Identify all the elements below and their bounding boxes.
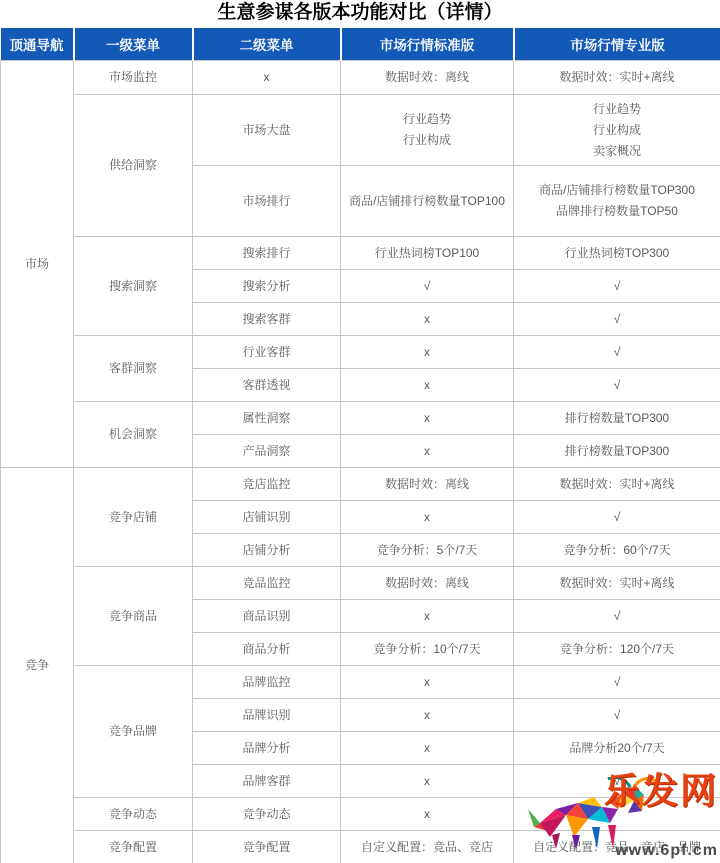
submenu-cell: 竞品监控	[193, 567, 341, 600]
table-row: 竞争 竞争店铺 竞店监控 数据时效：离线 数据时效：实时+离线	[1, 468, 720, 501]
standard-version-cell: 行业趋势 行业构成	[341, 95, 514, 166]
nav-group-cell: 竞争	[1, 468, 74, 863]
menu-group-cell: 客群洞察	[74, 336, 193, 402]
pro-version-cell: 数据时效：实时+离线	[514, 61, 720, 95]
menu-group-cell: 竞争品牌	[74, 666, 193, 798]
table-row: 客群洞察 行业客群 x √	[1, 336, 720, 369]
pro-version-cell: 排行榜数量TOP300	[514, 435, 720, 468]
standard-version-cell: 数据时效：离线	[341, 61, 514, 95]
pro-version-cell: 行业热词榜TOP300	[514, 237, 720, 270]
pro-version-cell: 数据时效：实时+离线	[514, 468, 720, 501]
pro-version-cell: 排行榜数量TOP300	[514, 402, 720, 435]
standard-version-cell: 行业热词榜TOP100	[341, 237, 514, 270]
submenu-cell: 搜索分析	[193, 270, 341, 303]
pro-version-cell: 竞争分析：120个/7天	[514, 633, 720, 666]
table-row: 竞争品牌 品牌监控 x √	[1, 666, 720, 699]
submenu-cell: 竞争配置	[193, 831, 341, 863]
submenu-cell: 竞店监控	[193, 468, 341, 501]
menu-group-cell: 市场监控	[74, 61, 193, 95]
standard-version-cell: x	[341, 501, 514, 534]
submenu-cell: 商品分析	[193, 633, 341, 666]
standard-version-cell: 竞争分析：5个/7天	[341, 534, 514, 567]
menu-group-cell: 搜索洞察	[74, 237, 193, 336]
menu-group-cell: 竞争配置	[74, 831, 193, 863]
menu-group-cell: 竞争店铺	[74, 468, 193, 567]
standard-version-cell: x	[341, 798, 514, 831]
table-row: 竞争配置 竞争配置 自定义配置：竞品、竞店 自定义配置：竞品、竞店、品牌	[1, 831, 720, 863]
pro-version-cell: √	[514, 600, 720, 633]
submenu-cell: 搜索客群	[193, 303, 341, 336]
header-level1-menu: 一级菜单	[74, 28, 193, 61]
pro-version-cell: √	[514, 270, 720, 303]
standard-version-cell: x	[341, 435, 514, 468]
table-row: 搜索洞察 搜索排行 行业热词榜TOP100 行业热词榜TOP300	[1, 237, 720, 270]
header-pro-version: 市场行情专业版	[514, 28, 720, 61]
pro-version-cell: 商品/店铺排行榜数量TOP300 品牌排行榜数量TOP50	[514, 166, 720, 237]
standard-version-cell: x	[341, 336, 514, 369]
standard-version-cell: 自定义配置：竞品、竞店	[341, 831, 514, 863]
pro-version-cell: √	[514, 765, 720, 798]
standard-version-cell: x	[341, 369, 514, 402]
standard-version-cell: x	[341, 732, 514, 765]
pro-version-cell: √	[514, 699, 720, 732]
nav-group-cell: 市场	[1, 61, 74, 468]
pro-version-cell: 品牌分析20个/7天	[514, 732, 720, 765]
submenu-cell: 市场排行	[193, 166, 341, 237]
pro-version-cell: √	[514, 336, 720, 369]
pro-version-cell: 行业趋势 行业构成 卖家概况	[514, 95, 720, 166]
submenu-cell: x	[193, 61, 341, 95]
standard-version-cell: x	[341, 402, 514, 435]
submenu-cell: 店铺分析	[193, 534, 341, 567]
menu-group-cell: 竞争动态	[74, 798, 193, 831]
pro-version-cell: √	[514, 501, 720, 534]
menu-group-cell: 竞争商品	[74, 567, 193, 666]
table-row: 供给洞察 市场大盘 行业趋势 行业构成 行业趋势 行业构成 卖家概况	[1, 95, 720, 166]
table-row: 竞争动态 竞争动态 x	[1, 798, 720, 831]
submenu-cell: 品牌识别	[193, 699, 341, 732]
pro-version-cell: 竞争分析：60个/7天	[514, 534, 720, 567]
submenu-cell: 产品洞察	[193, 435, 341, 468]
submenu-cell: 属性洞察	[193, 402, 341, 435]
page-title: 生意参谋各版本功能对比（详情）	[0, 0, 720, 28]
feature-comparison-page: 生意参谋各版本功能对比（详情） 顶通导航 一级菜单 二级菜单 市场行情标准版 市…	[0, 0, 720, 863]
header-standard-version: 市场行情标准版	[341, 28, 514, 61]
standard-version-cell: 商品/店铺排行榜数量TOP100	[341, 166, 514, 237]
standard-version-cell: 竞争分析：10个/7天	[341, 633, 514, 666]
standard-version-cell: x	[341, 303, 514, 336]
pro-version-cell: 数据时效：实时+离线	[514, 567, 720, 600]
menu-group-cell: 供给洞察	[74, 95, 193, 237]
submenu-cell: 客群透视	[193, 369, 341, 402]
standard-version-cell: 数据时效：离线	[341, 468, 514, 501]
menu-group-cell: 机会洞察	[74, 402, 193, 468]
submenu-cell: 品牌客群	[193, 765, 341, 798]
table-row: 竞争商品 竞品监控 数据时效：离线 数据时效：实时+离线	[1, 567, 720, 600]
standard-version-cell: x	[341, 600, 514, 633]
submenu-cell: 品牌分析	[193, 732, 341, 765]
standard-version-cell: x	[341, 699, 514, 732]
pro-version-cell: √	[514, 303, 720, 336]
submenu-cell: 品牌监控	[193, 666, 341, 699]
header-level2-menu: 二级菜单	[193, 28, 341, 61]
pro-version-cell: √	[514, 369, 720, 402]
comparison-table: 顶通导航 一级菜单 二级菜单 市场行情标准版 市场行情专业版 市场 市场监控 x…	[0, 28, 720, 863]
pro-version-cell: 自定义配置：竞品、竞店、品牌	[514, 831, 720, 863]
standard-version-cell: x	[341, 666, 514, 699]
standard-version-cell: x	[341, 765, 514, 798]
submenu-cell: 搜索排行	[193, 237, 341, 270]
submenu-cell: 商品识别	[193, 600, 341, 633]
header-top-nav: 顶通导航	[1, 28, 74, 61]
pro-version-cell: √	[514, 666, 720, 699]
standard-version-cell: 数据时效：离线	[341, 567, 514, 600]
submenu-cell: 竞争动态	[193, 798, 341, 831]
submenu-cell: 行业客群	[193, 336, 341, 369]
standard-version-cell: √	[341, 270, 514, 303]
header-row: 顶通导航 一级菜单 二级菜单 市场行情标准版 市场行情专业版	[1, 28, 720, 61]
submenu-cell: 店铺识别	[193, 501, 341, 534]
submenu-cell: 市场大盘	[193, 95, 341, 166]
pro-version-cell	[514, 798, 720, 831]
table-row: 市场 市场监控 x 数据时效：离线 数据时效：实时+离线	[1, 61, 720, 95]
table-row: 机会洞察 属性洞察 x 排行榜数量TOP300	[1, 402, 720, 435]
